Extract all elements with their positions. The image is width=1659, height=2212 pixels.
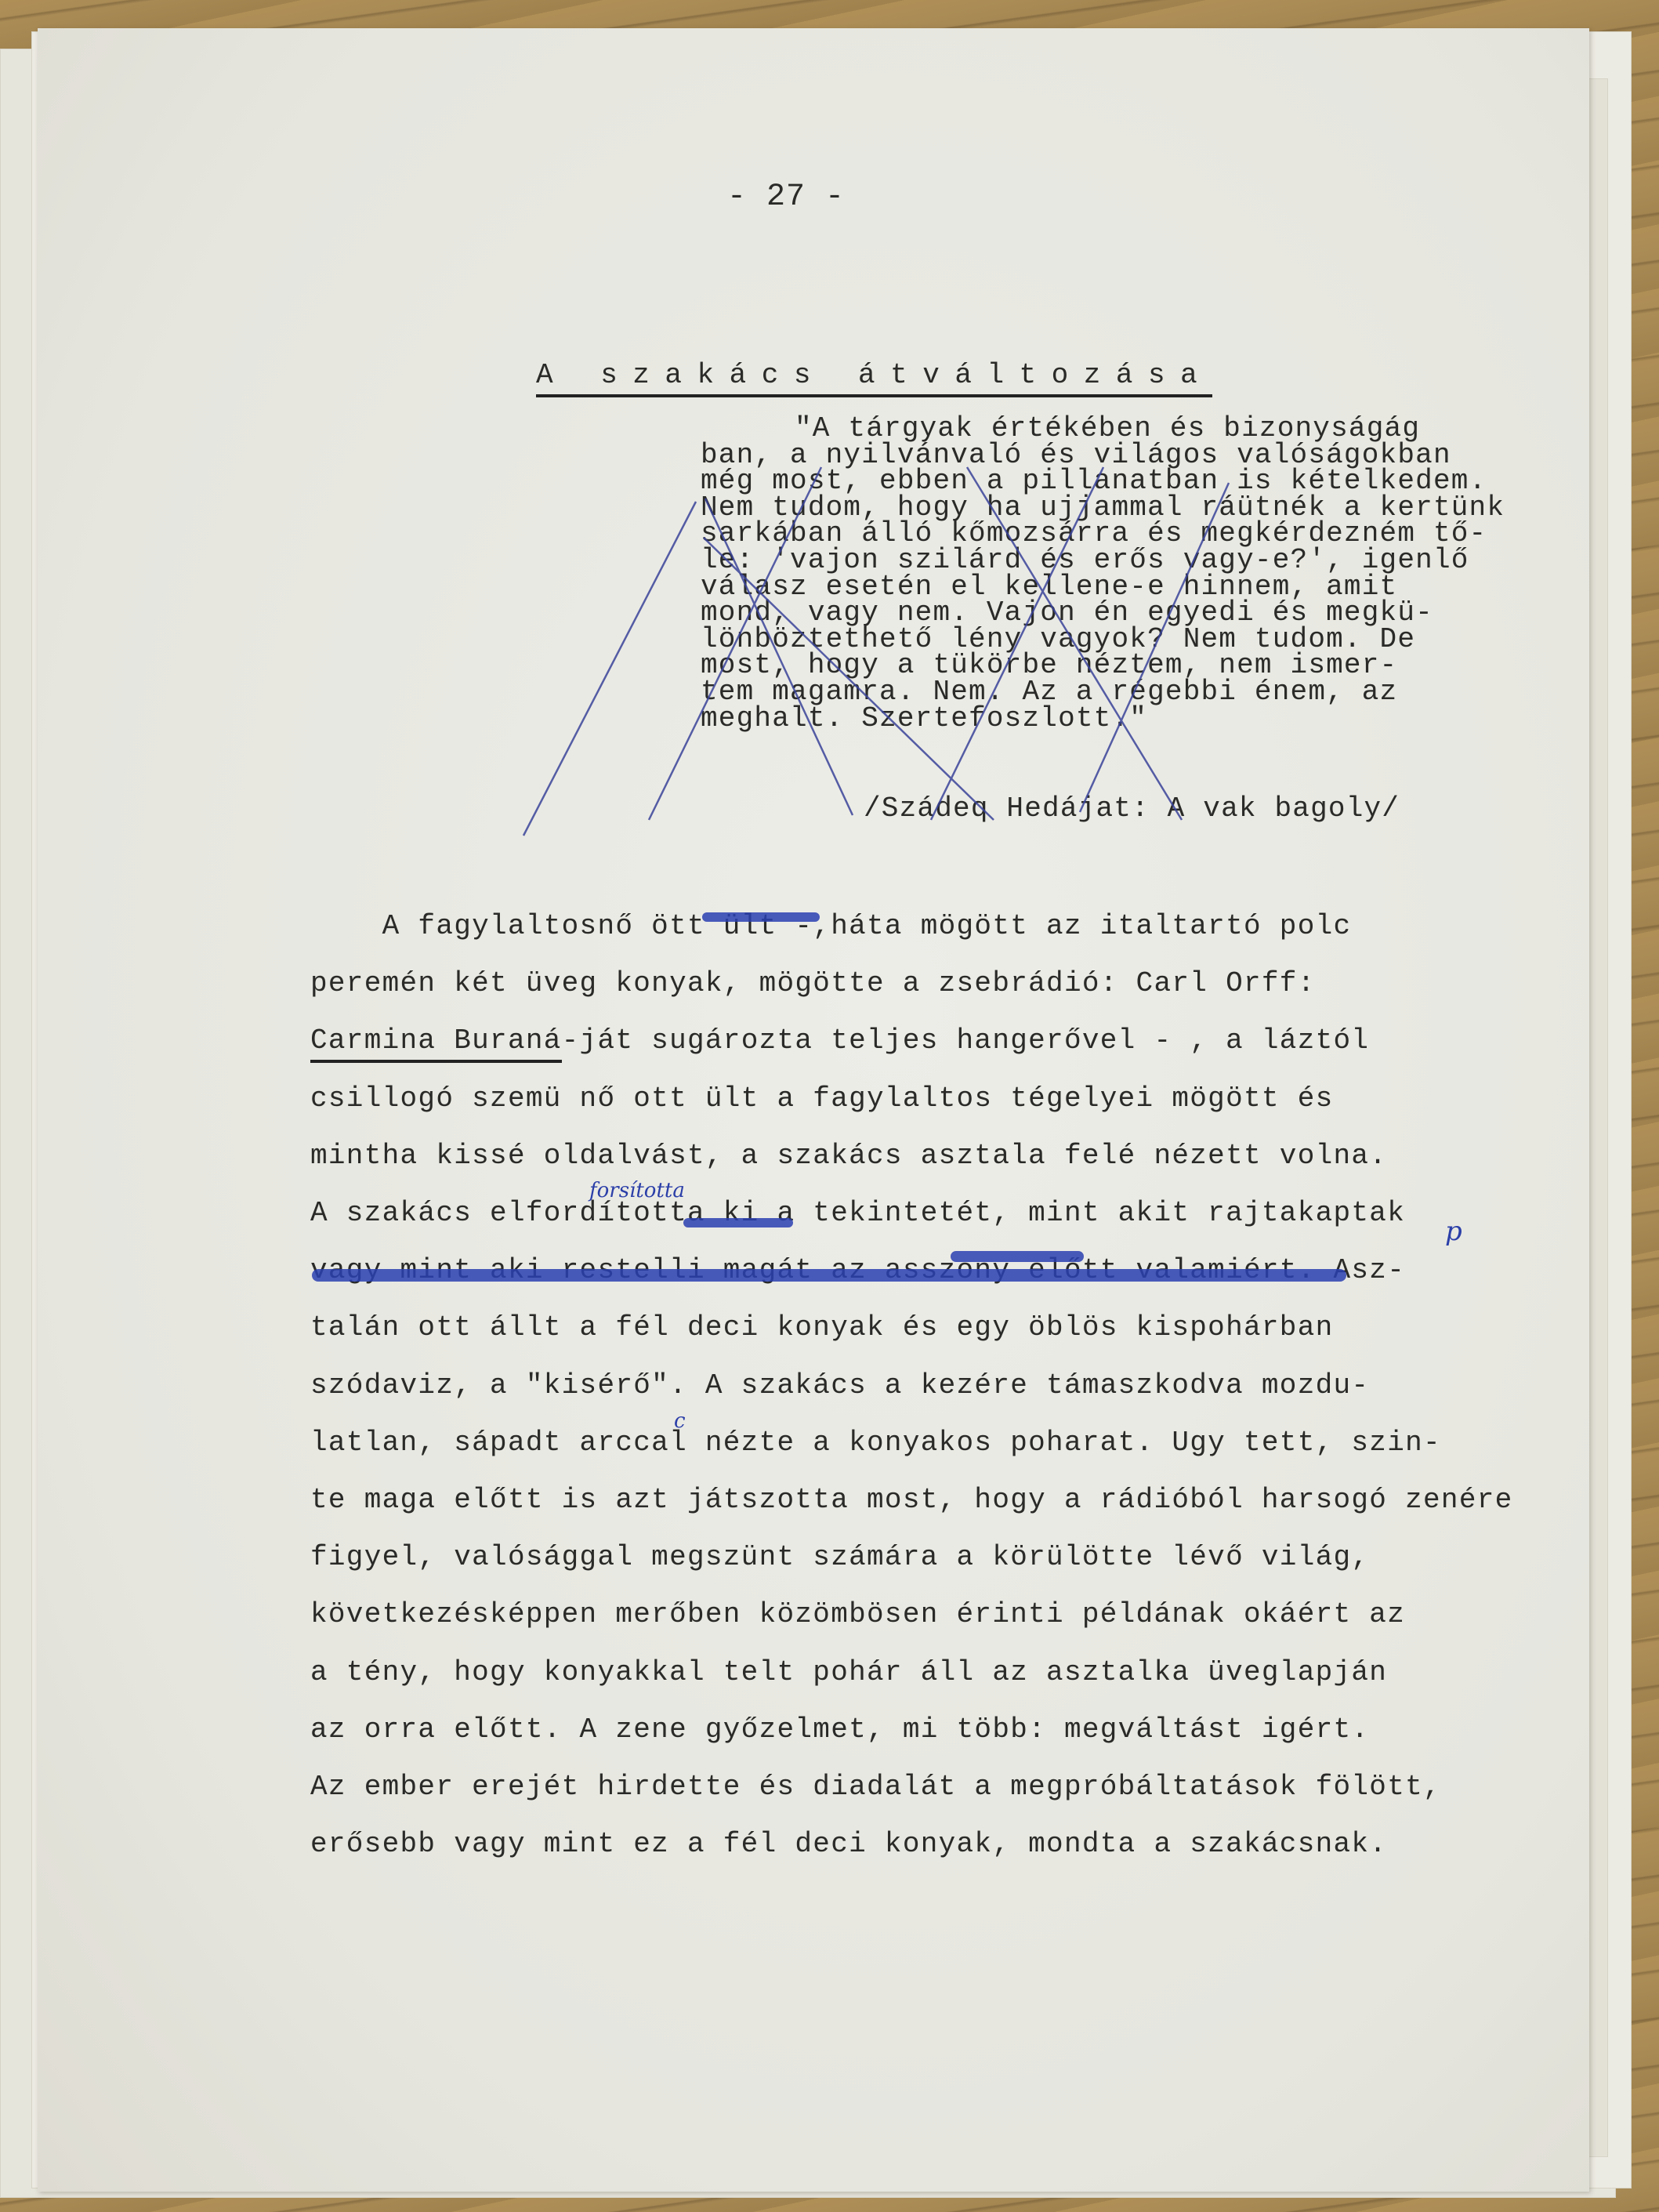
- body-line: Carmina Buraná-ját sugározta teljes hang…: [310, 1027, 1369, 1055]
- handwritten-correction: forsította: [589, 1179, 685, 1202]
- epigraph-line: meghalt. Szertefoszlott.": [701, 705, 1147, 733]
- strikethrough-insert: [951, 1251, 1084, 1262]
- body-line: peremén két üveg konyak, mögötte a zsebr…: [310, 970, 1316, 998]
- body-line: csillogó szemü nő ott ült a fagylaltos t…: [310, 1085, 1334, 1113]
- body-line: mintha kissé oldalvást, a szakács asztal…: [310, 1142, 1387, 1170]
- epigraph-attribution: /Szádeq Hedájat: A vak bagoly/: [864, 795, 1400, 823]
- body-line: figyel, valósággal megszünt számára a kö…: [310, 1543, 1369, 1572]
- body-line: A szakács elfordította ki a tekintetét, …: [310, 1199, 1405, 1227]
- strikethrough-ott-ult: [702, 912, 820, 922]
- body-line: az orra előtt. A zene győzelmet, mi több…: [310, 1716, 1369, 1744]
- body-line: következésképpen merőben közömbösen érin…: [310, 1601, 1405, 1629]
- body-line: a tény, hogy konyakkal telt pohár áll az…: [310, 1659, 1387, 1687]
- chapter-title: A szakács átváltozása: [536, 361, 1212, 397]
- body-line: szódaviz, a "kisérő". A szakács a kezére…: [310, 1372, 1369, 1400]
- strikethrough-sentence: [312, 1269, 1346, 1282]
- body-line: Az ember erejét hirdette és diadalát a m…: [310, 1773, 1441, 1801]
- body-line: te maga előtt is azt játszotta most, hog…: [310, 1486, 1513, 1514]
- underlined-work-title: Carmina Buraná: [310, 1024, 562, 1063]
- page-number: - 27 -: [727, 182, 845, 213]
- body-line: erősebb vagy mint ez a fél deci konyak, …: [310, 1830, 1387, 1858]
- handwritten-correction: p: [1445, 1216, 1462, 1247]
- handwritten-correction: c: [674, 1409, 686, 1433]
- body-line: A fagylaltosnő ött ült -,háta mögött az …: [310, 912, 1351, 941]
- body-line: talán ott állt a fél deci konyak és egy …: [310, 1314, 1334, 1342]
- strikethrough-forditotta: [683, 1218, 793, 1227]
- typewritten-page: - 27 - A szakács átváltozása "A tárgyak …: [38, 28, 1589, 2192]
- body-line: latlan, sápadt arccal nézte a konyakos p…: [310, 1429, 1441, 1457]
